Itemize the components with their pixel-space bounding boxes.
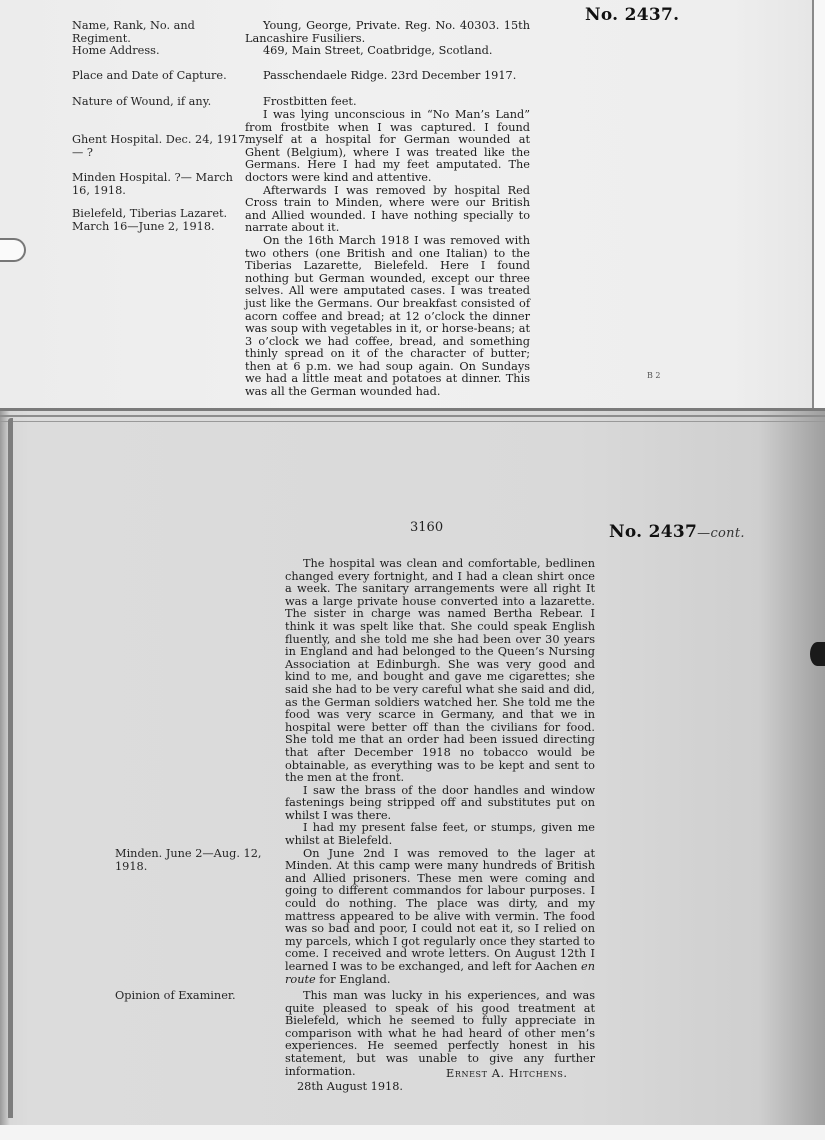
margin-note-ghent: Ghent Hospital. Dec. 24, 1917— ? — [72, 134, 247, 159]
record-number: No. 2437. — [585, 9, 679, 22]
binder-hole — [0, 238, 26, 262]
field-value-wound: Frostbitten feet. — [245, 96, 530, 109]
paragraph: I had my present false feet, or stumps, … — [285, 822, 595, 847]
binder-hole-dark — [810, 642, 825, 666]
field-label-capture: Place and Date of Capture. — [72, 70, 247, 83]
paragraph: I was lying unconscious in “No Man’s Lan… — [245, 109, 530, 185]
field-value-address: 469, Main Street, Coatbridge, Scotland. — [245, 45, 530, 58]
paragraph: On the 16th March 1918 I was removed wit… — [245, 235, 530, 399]
paragraph: The hospital was clean and comfortable, … — [285, 558, 595, 785]
examiner-label: Opinion of Examiner. — [115, 990, 275, 1003]
margin-note-minden-hospital: Minden Hospital. ?— March 16, 1918. — [72, 172, 247, 197]
narrative-page1: I was lying unconscious in “No Man’s Lan… — [245, 109, 530, 399]
record-number-continued: No. 2437—cont. — [609, 526, 745, 541]
examiner-opinion: This man was lucky in his experiences, a… — [285, 990, 595, 1078]
field-value-name: Young, George, Private. Reg. No. 40303. … — [245, 20, 530, 45]
margin-note-bielefeld: Bielefeld, Tiberias Lazaret. March 16—Ju… — [72, 208, 247, 233]
statement-date: 28th August 1918. — [297, 1081, 403, 1094]
page-fold-edge — [8, 418, 13, 1118]
paragraph: I saw the brass of the door handles and … — [285, 785, 595, 823]
field-label-wound: Nature of Wound, if any. — [72, 96, 247, 109]
margin-note-minden-camp: Minden. June 2—Aug. 12, 1918. — [115, 848, 275, 873]
narrative-page2: The hospital was clean and comfortable, … — [285, 558, 595, 986]
sheet-mark: B 2 — [647, 370, 661, 383]
examiner-signature: Ernest A. Hitchens. — [446, 1068, 568, 1081]
paragraph: On June 2nd I was removed to the lager a… — [285, 848, 595, 987]
field-value-capture: Passchendaele Ridge. 23rd December 1917. — [245, 70, 530, 83]
field-label-address: Home Address. — [72, 45, 247, 58]
field-label-name: Name, Rank, No. and Regiment. — [72, 20, 247, 45]
paragraph: Afterwards I was removed by hospital Red… — [245, 185, 530, 235]
page-edge — [814, 0, 825, 408]
page-number: 3160 — [410, 522, 443, 535]
